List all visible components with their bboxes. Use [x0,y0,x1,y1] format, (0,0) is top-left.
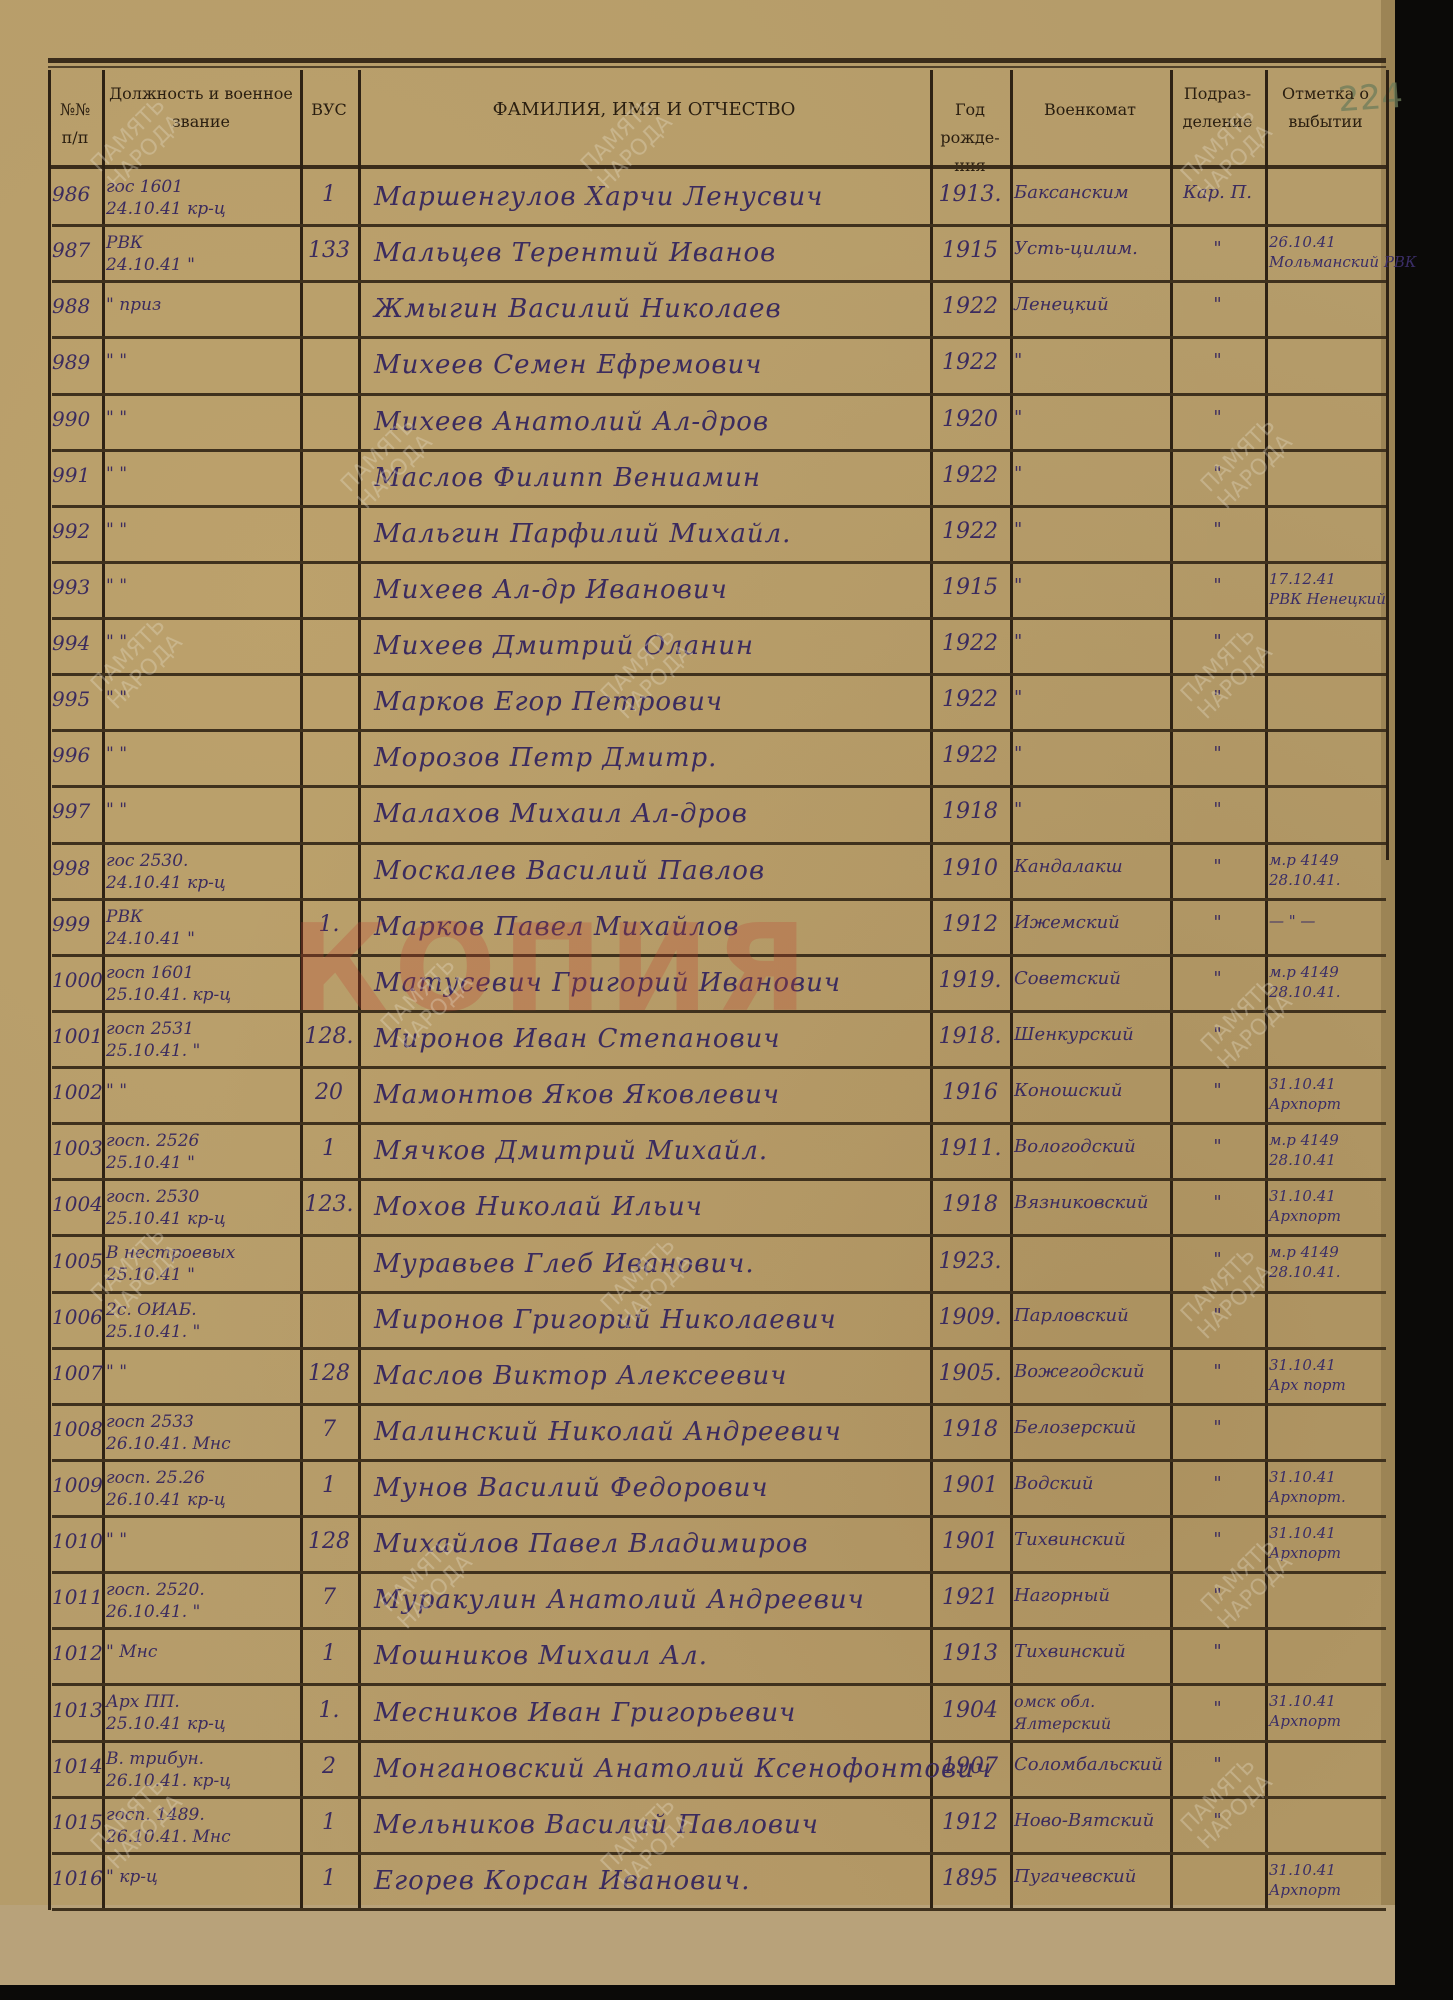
cell-num: 1005 [52,1249,98,1273]
cell-vus: 2 [304,1754,354,1779]
cell-line: госп. 1489. [106,1804,296,1826]
row-divider [52,1571,1386,1574]
cell-name: Муракулин Анатолий Андреевич [374,1585,938,1615]
cell-vus: 133 [304,238,354,263]
cell-rank: 2с. ОИАБ.25.10.41. " [106,1299,296,1343]
cell-year: 1907 [934,1754,1006,1779]
cell-unit: " [1174,1249,1261,1270]
row-divider [52,1010,1386,1013]
cell-unit: " [1174,1192,1261,1213]
cell-vk: Баксанским [1014,182,1166,203]
cell-rank: " " [106,687,296,709]
cell-line: В. трибун. [106,1748,296,1770]
cell-rank: госп. 1489.26.10.41. Мнс [106,1804,296,1848]
row-divider [52,785,1386,788]
cell-unit: " [1174,350,1261,371]
cell-note: 26.10.41Мольманский РВК [1269,232,1382,272]
row-divider [52,729,1386,732]
cell-num: 1013 [52,1698,98,1722]
cell-rank: " " [106,463,296,485]
cell-num: 1001 [52,1024,98,1048]
cell-num: 998 [52,856,98,880]
cell-line: 26.10.41. Мнс [106,1433,296,1455]
cell-num: 1007 [52,1361,98,1385]
column-header-unit: Подраз- деление [1173,80,1262,136]
cell-line: 25.10.41 " [106,1152,296,1174]
cell-vk: Тихвинский [1014,1641,1166,1662]
cell-vk: " [1014,350,1166,371]
cell-name: Мальцев Терентий Иванов [374,238,938,268]
cell-unit: " [1174,1136,1261,1157]
cell-line: Архпорт. [1269,1487,1382,1507]
cell-unit: " [1174,1024,1261,1045]
cell-num: 999 [52,912,98,936]
cell-name: Михеев Ал-др Иванович [374,575,938,605]
cell-rank: В нестроевых25.10.41 " [106,1242,296,1286]
row-divider [52,1066,1386,1069]
column-header-vk: Военкомат [1013,96,1167,124]
cell-unit: " [1174,743,1261,764]
cell-rank: госп. 252625.10.41 " [106,1130,296,1174]
cell-year: 1920 [934,407,1006,432]
cell-vk: Шенкурский [1014,1024,1166,1045]
cell-unit: " [1174,1417,1261,1438]
cell-vus: 128. [304,1024,354,1049]
cell-name: Михеев Дмитрий Оланин [374,631,938,661]
cell-line: 28.10.41 [1269,1150,1382,1170]
cell-num: 1012 [52,1641,98,1665]
cell-vk: " [1014,407,1166,428]
cell-year: 1921 [934,1585,1006,1610]
cell-vus: 1 [304,1866,354,1891]
cell-year: 1895 [934,1866,1006,1891]
cell-line: 26.10.41. кр-ц [106,1770,296,1792]
cell-line: 25.10.41 кр-ц [106,1208,296,1230]
cell-vus: 1. [304,1698,354,1723]
cell-name: Мошников Михаил Ал. [374,1641,938,1671]
cell-line: 31.10.41 [1269,1074,1382,1094]
cell-rank: " " [106,350,296,372]
cell-name: Марков Павел Михайлов [374,912,938,942]
document-page: 224 №№ п/пДолжность и военное званиеВУСФ… [0,0,1395,1985]
cell-unit: " [1174,575,1261,596]
cell-unit: " [1174,463,1261,484]
cell-unit: Кар. П. [1174,182,1261,203]
column-divider [1010,70,1013,1910]
cell-vk: Вожегодский [1014,1361,1166,1382]
top-border [48,58,1386,63]
cell-unit: " [1174,968,1261,989]
row-divider [52,898,1386,901]
cell-year: 1922 [934,519,1006,544]
cell-rank: госп. 25.2626.10.41 кр-ц [106,1467,296,1511]
cell-note: м.р 414928.10.41 [1269,1130,1382,1170]
page-bottom-margin [0,1905,1395,1985]
cell-line: госп 2531 [106,1018,296,1040]
cell-vk: Вязниковский [1014,1192,1166,1213]
cell-unit: " [1174,799,1261,820]
row-divider [52,1908,1386,1911]
cell-num: 991 [52,463,98,487]
cell-line: госп 1601 [106,962,296,984]
cell-vk: " [1014,575,1166,596]
cell-name: Монгановский Анатолий Ксенофонтович [374,1754,938,1784]
cell-vk: " [1014,463,1166,484]
cell-rank: " " [106,519,296,541]
cell-rank: госп 253125.10.41. " [106,1018,296,1062]
cell-line: РВК [106,906,296,928]
cell-year: 1913 [934,1641,1006,1666]
cell-line: В нестроевых [106,1242,296,1264]
column-divider [48,70,51,1910]
cell-name: Матусевич Григорий Иванович [374,968,938,998]
cell-rank: " " [106,575,296,597]
cell-num: 987 [52,238,98,262]
cell-name: Егорев Корсан Иванович. [374,1866,938,1896]
cell-line: 25.10.41. кр-ц [106,984,296,1006]
row-divider [52,505,1386,508]
cell-note: м.р 414928.10.41. [1269,962,1382,1002]
row-divider [52,673,1386,676]
cell-note: 31.10.41Архпорт [1269,1186,1382,1226]
cell-name: Малахов Михаил Ал-дров [374,799,938,829]
cell-line: 26.10.41 [1269,232,1382,252]
cell-num: 1011 [52,1585,98,1609]
cell-vk: Ново-Вятский [1014,1810,1166,1831]
cell-name: Морозов Петр Дмитр. [374,743,938,773]
cell-vk: " [1014,799,1166,820]
cell-year: 1922 [934,294,1006,319]
cell-num: 1016 [52,1866,98,1890]
cell-year: 1915 [934,238,1006,263]
cell-line: 25.10.41 кр-ц [106,1713,296,1735]
row-divider [52,1291,1386,1294]
cell-line: госп. 2520. [106,1579,296,1601]
cell-year: 1913. [934,182,1006,207]
cell-vk: Ижемский [1014,912,1166,933]
cell-rank: " " [106,1080,296,1102]
cell-name: Мунов Василий Федорович [374,1473,938,1503]
cell-line: РВК Ненецкий [1269,589,1382,609]
cell-line: 24.10.41 " [106,254,296,276]
cell-year: 1922 [934,350,1006,375]
row-divider [52,954,1386,957]
row-divider [52,1796,1386,1799]
cell-unit: " [1174,856,1261,877]
cell-line: госп. 25.26 [106,1467,296,1489]
cell-vus: 1 [304,1810,354,1835]
row-divider [52,1740,1386,1743]
cell-name: Михеев Семен Ефремович [374,350,938,380]
cell-line: м.р 4149 [1269,962,1382,982]
cell-vk: Вологодский [1014,1136,1166,1157]
row-divider [52,842,1386,845]
cell-year: 1912 [934,912,1006,937]
cell-name: Жмыгин Василий Николаев [374,294,938,324]
cell-unit: " [1174,1473,1261,1494]
row-divider [52,336,1386,339]
column-header-vus: ВУС [303,96,355,124]
cell-line: Ялтерский [1014,1713,1166,1735]
column-header-rank: Должность и военное звание [105,80,297,136]
column-divider [300,70,303,1910]
cell-name: Мельников Василий Павлович [374,1810,938,1840]
cell-line: Архпорт [1269,1880,1382,1900]
cell-vk: Тихвинский [1014,1529,1166,1550]
cell-unit: " [1174,687,1261,708]
cell-year: 1922 [934,631,1006,656]
cell-vk: Соломбальский [1014,1754,1166,1775]
cell-line: Мольманский РВК [1269,252,1382,272]
cell-year: 1916 [934,1080,1006,1105]
cell-note: 31.10.41Архпорт [1269,1860,1382,1900]
cell-line: 24.10.41 кр-ц [106,872,296,894]
cell-rank: В. трибун.26.10.41. кр-ц [106,1748,296,1792]
cell-year: 1922 [934,463,1006,488]
cell-line: гос 1601 [106,176,296,198]
cell-unit: " [1174,407,1261,428]
cell-line: 31.10.41 [1269,1860,1382,1880]
row-divider [52,393,1386,396]
cell-line: м.р 4149 [1269,1130,1382,1150]
row-divider [52,1122,1386,1125]
top-border-thin [48,66,1386,68]
cell-unit: " [1174,294,1261,315]
cell-vk: " [1014,743,1166,764]
cell-rank: госп. 253025.10.41 кр-ц [106,1186,296,1230]
cell-num: 1008 [52,1417,98,1441]
row-divider [52,1178,1386,1181]
cell-line: 28.10.41. [1269,1262,1382,1282]
cell-year: 1901 [934,1529,1006,1554]
cell-num: 1004 [52,1192,98,1216]
column-divider [1386,70,1389,860]
cell-unit: " [1174,1641,1261,1662]
cell-name: Марков Егор Петрович [374,687,938,717]
cell-unit: " [1174,1361,1261,1382]
cell-line: 25.10.41. " [106,1040,296,1062]
cell-num: 993 [52,575,98,599]
cell-unit: " [1174,1698,1261,1719]
cell-year: 1905. [934,1361,1006,1386]
cell-vus: 128 [304,1361,354,1386]
cell-name: Миронов Григорий Николаевич [374,1305,938,1335]
cell-rank: " " [106,631,296,653]
row-divider [52,561,1386,564]
cell-line: м.р 4149 [1269,1242,1382,1262]
header-divider [48,165,1386,169]
cell-vk: Советский [1014,968,1166,989]
cell-name: Мальгин Парфилий Михайл. [374,519,938,549]
cell-vk: Нагорный [1014,1585,1166,1606]
cell-vus: 1 [304,1136,354,1161]
row-divider [52,1234,1386,1237]
cell-year: 1922 [934,687,1006,712]
cell-unit: " [1174,1305,1261,1326]
cell-vk: " [1014,687,1166,708]
row-divider [52,1347,1386,1350]
cell-line: Архпорт [1269,1711,1382,1731]
cell-rank: госп 160125.10.41. кр-ц [106,962,296,1006]
cell-rank: " приз [106,294,296,316]
cell-num: 988 [52,294,98,318]
cell-num: 997 [52,799,98,823]
cell-line: РВК [106,232,296,254]
cell-note: 17.12.41РВК Ненецкий [1269,569,1382,609]
cell-unit: " [1174,1754,1261,1775]
cell-year: 1901 [934,1473,1006,1498]
cell-vk: " [1014,631,1166,652]
cell-rank: госп. 2520.26.10.41. " [106,1579,296,1623]
row-divider [52,617,1386,620]
cell-line: Архпорт [1269,1094,1382,1114]
cell-year: 1912 [934,1810,1006,1835]
cell-vus: 128 [304,1529,354,1554]
cell-note: 31.10.41Архпорт. [1269,1467,1382,1507]
cell-rank: " " [106,743,296,765]
cell-line: госп 2533 [106,1411,296,1433]
cell-year: 1922 [934,743,1006,768]
cell-name: Михайлов Павел Владимиров [374,1529,938,1559]
cell-line: госп. 2526 [106,1130,296,1152]
cell-num: 1009 [52,1473,98,1497]
row-divider [52,224,1386,227]
cell-num: 994 [52,631,98,655]
row-divider [52,449,1386,452]
cell-year: 1915 [934,575,1006,600]
cell-note: м.р 414928.10.41. [1269,1242,1382,1282]
cell-name: Месников Иван Григорьевич [374,1698,938,1728]
cell-name: Михеев Анатолий Ал-дров [374,407,938,437]
cell-num: 1015 [52,1810,98,1834]
cell-vus: 7 [304,1417,354,1442]
cell-note: 31.10.41Архпорт [1269,1523,1382,1563]
cell-line: Архпорт [1269,1543,1382,1563]
cell-line: 31.10.41 [1269,1523,1382,1543]
cell-unit: " [1174,238,1261,259]
cell-line: 31.10.41 [1269,1355,1382,1375]
cell-rank: " " [106,1361,296,1383]
cell-line: Арх порт [1269,1375,1382,1395]
cell-line: гос 2530. [106,850,296,872]
cell-num: 995 [52,687,98,711]
cell-year: 1919. [934,968,1006,993]
cell-line: Арх ПП. [106,1691,296,1713]
cell-vk: Ленецкий [1014,294,1166,315]
cell-rank: гос 160124.10.41 кр-ц [106,176,296,220]
cell-unit: " [1174,1080,1261,1101]
cell-rank: " " [106,1529,296,1551]
cell-rank: " " [106,407,296,429]
cell-name: Маршенгулов Харчи Ленусвич [374,182,938,212]
cell-vk: Водский [1014,1473,1166,1494]
column-divider [1265,70,1268,1910]
cell-line: 25.10.41. " [106,1321,296,1343]
cell-unit: " [1174,1810,1261,1831]
cell-line: Архпорт [1269,1206,1382,1226]
cell-vus: 1. [304,912,354,937]
cell-num: 986 [52,182,98,206]
cell-num: 1014 [52,1754,98,1778]
cell-year: 1909. [934,1305,1006,1330]
cell-vk: Усть-цилим. [1014,238,1166,259]
row-divider [52,280,1386,283]
cell-year: 1918 [934,799,1006,824]
row-divider [52,1852,1386,1855]
cell-num: 996 [52,743,98,767]
cell-line: 31.10.41 [1269,1186,1382,1206]
cell-name: Москалев Василий Павлов [374,856,938,886]
cell-num: 1000 [52,968,98,992]
cell-note: 31.10.41Арх порт [1269,1355,1382,1395]
cell-vk: Пугачевский [1014,1866,1166,1887]
cell-year: 1923. [934,1249,1006,1274]
cell-line: 31.10.41 [1269,1467,1382,1487]
cell-year: 1904 [934,1698,1006,1723]
cell-name: Мячков Дмитрий Михайл. [374,1136,938,1166]
cell-unit: " [1174,631,1261,652]
cell-rank: " кр-ц [106,1866,296,1888]
column-divider [358,70,361,1910]
cell-unit: " [1174,912,1261,933]
column-header-num: №№ п/п [51,96,99,152]
cell-vus: 1 [304,1641,354,1666]
cell-line: 24.10.41 кр-ц [106,198,296,220]
cell-note: — " — [1269,912,1382,931]
cell-rank: РВК24.10.41 " [106,232,296,276]
cell-unit: " [1174,519,1261,540]
cell-vus: 7 [304,1585,354,1610]
cell-name: Муравьев Глеб Иванович. [374,1249,938,1279]
cell-note: м.р 414928.10.41. [1269,850,1382,890]
cell-rank: " Мнс [106,1641,296,1663]
cell-num: 1003 [52,1136,98,1160]
cell-rank: Арх ПП.25.10.41 кр-ц [106,1691,296,1735]
cell-unit: " [1174,1529,1261,1550]
cell-line: 24.10.41 " [106,928,296,950]
cell-name: Малинский Николай Андреевич [374,1417,938,1447]
cell-line: 25.10.41 " [106,1264,296,1286]
cell-vk: Белозерский [1014,1417,1166,1438]
cell-line: 28.10.41. [1269,870,1382,890]
cell-year: 1911. [934,1136,1006,1161]
cell-note: 31.10.41Архпорт [1269,1691,1382,1731]
row-divider [52,1627,1386,1630]
cell-rank: " " [106,799,296,821]
cell-num: 1002 [52,1080,98,1104]
cell-rank: РВК24.10.41 " [106,906,296,950]
cell-vus: 20 [304,1080,354,1105]
cell-year: 1918 [934,1192,1006,1217]
column-header-name: ФАМИЛИЯ, ИМЯ И ОТЧЕСТВО [361,96,927,124]
cell-vk: Кандалакш [1014,856,1166,877]
row-divider [52,1515,1386,1518]
cell-num: 1010 [52,1529,98,1553]
cell-unit: " [1174,1585,1261,1606]
row-divider [52,1459,1386,1462]
cell-vk: Коношский [1014,1080,1166,1101]
cell-rank: гос 2530.24.10.41 кр-ц [106,850,296,894]
cell-line: 28.10.41. [1269,982,1382,1002]
cell-num: 990 [52,407,98,431]
cell-name: Мамонтов Яков Яковлевич [374,1080,938,1110]
cell-name: Маслов Виктор Алексеевич [374,1361,938,1391]
cell-vus: 1 [304,1473,354,1498]
cell-line: 26.10.41 кр-ц [106,1489,296,1511]
cell-name: Мохов Николай Ильич [374,1192,938,1222]
cell-vk: омск обл.Ялтерский [1014,1691,1166,1735]
cell-year: 1910 [934,856,1006,881]
